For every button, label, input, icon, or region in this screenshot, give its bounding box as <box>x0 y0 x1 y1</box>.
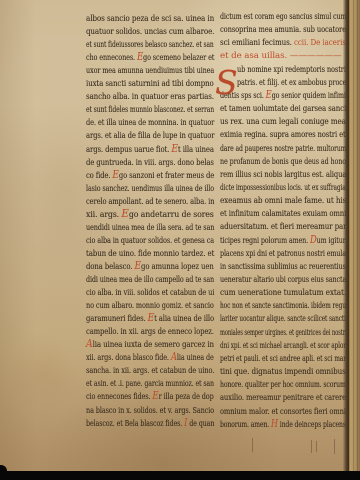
manuscript-text-line: et infinitum calamitates exuiam omni <box>220 208 346 218</box>
manuscript-text-line: ticipes regni polorum amen. Dum igitur <box>220 235 346 245</box>
manuscript-text-line: campello. in xii. args de enneco lopez. <box>86 326 214 336</box>
manuscript-text-line: didi uinea mea de illo campello ad te sa… <box>86 274 214 284</box>
ink-text: dictum est coram ego sancius simul cum <box>220 11 346 21</box>
manuscript-text-line: ueneratur altario ubi corpus eius sancta <box>220 274 346 284</box>
ink-text: dicte impossessionibus locis. ut ex suff… <box>220 182 346 192</box>
ink-text: et sunt fideles munnio blasconez. et ser… <box>86 104 214 114</box>
ink-text: exeamus ab omni male fame. ut his <box>220 195 346 205</box>
ink-text: go sanzoni et frater meus de <box>119 170 214 180</box>
manuscript-photo: albos sancio peza de sci sa. uinea inqua… <box>0 0 360 480</box>
manuscript-text-line: dictum est coram ego sancius simul cum <box>220 11 346 21</box>
manuscript-text-line: garamuneri fides. Et alia uinea de illo <box>86 313 214 323</box>
ink-text: dni xpi. et sci michael arcangli. et sco… <box>220 340 346 350</box>
ink-text: um igitur <box>317 235 346 245</box>
manuscript-text-line: in sanctissima sublimius ac reuerentius <box>220 261 346 271</box>
rubric-text: E <box>121 207 128 220</box>
ink-text: cio alba. in viii. solidos et catabun de… <box>86 287 214 297</box>
ink-text: args. dempus uarue fiot. <box>86 144 171 154</box>
manuscript-text-line: args. dempus uarue fiot. Et illa uinea <box>86 144 214 154</box>
ink-text: honore. qualiter per hoc omnium. scorum <box>220 379 346 389</box>
manuscript-text-line: sancha. in xii. args. et catabun de uino… <box>86 365 214 375</box>
manuscript-text-line: petri et pauli. et sci andree apli. et s… <box>220 353 346 363</box>
ink-text: et infinitum calamitates exuiam omni <box>220 208 346 218</box>
ink-text: auxilio. mereamur penitrare et carere <box>220 392 346 402</box>
ink-text: albos sancio peza de sci sa. uinea in <box>86 13 214 23</box>
manuscript-text-line: exeamus ab omni male fame. ut his <box>220 195 346 205</box>
ink-text: xii. args. dona blasco fide. <box>86 352 171 362</box>
ink-text: ne profanum de bonis que deus ad hono <box>220 156 346 166</box>
manuscript-text-line: hoc non et sancte sanctimonia. ibidem re… <box>220 300 346 310</box>
ink-text: iuxta sancti saturnini ad tibi dompno <box>86 78 214 88</box>
manuscript-text-line: no cum albaro. monnio gomiz. et sancio <box>86 300 214 310</box>
ink-text: tini que. dignatus impendi omnibus <box>220 366 346 376</box>
manuscript-text-line: de. et illa uinea de monnina. in quatuor <box>86 117 214 127</box>
manuscript-text-line: belascoz. et Bela blascoz fides. I de qu… <box>86 418 214 428</box>
manuscript-text-line: tini que. dignatus impendi omnibus <box>220 366 346 376</box>
ink-text: et sunt fideiussores belasco sanchez. et… <box>86 39 214 49</box>
ink-text: campello. in xii. args de enneco lopez. <box>86 326 214 336</box>
manuscript-text-line: dare ad pauperes nostre patrie. multorum <box>220 143 346 153</box>
ink-text: belascoz. et Bela blascoz fides. <box>86 418 184 428</box>
ink-text: go scemeno belazer et <box>143 52 214 62</box>
ink-text: de. et illa uinea de monnina. in quatuor <box>86 117 214 127</box>
manuscript-text-line: cio alba in quatuor solidos. et genesa c… <box>86 235 214 245</box>
manuscript-text-line: bonorum. amen. H inde deinceps placens <box>220 419 346 429</box>
ink-text: de quan <box>187 418 214 428</box>
manuscript-right-column: dictum est coram ego sancius simul cumco… <box>220 0 346 440</box>
manuscript-text-line: us rex. una cum legali coniuge mea <box>220 116 346 126</box>
ink-text: bonorum. amen. <box>220 419 271 429</box>
manuscript-text-line: tabun de uino. fide monnio tardez. et <box>86 248 214 258</box>
manuscript-text-line: xii. args. Ego andetarru de sores <box>86 209 214 219</box>
ink-text: go andetarru de sores <box>129 209 214 219</box>
ink-text: garamuneri fides. <box>86 313 148 323</box>
ink-text: eximia regina. supra amores nostri et <box>220 129 346 139</box>
manuscript-text-line: iuxta sancti saturnini ad tibi dompno <box>86 78 214 88</box>
manuscript-left-column: albos sancio peza de sci sa. uinea inqua… <box>86 0 214 440</box>
ink-text: xii. args. <box>86 209 121 219</box>
ink-text: na blasco in x. solidos. et v. args. San… <box>86 405 214 415</box>
ink-text: lariter uocantur alique. sancte scilicet… <box>220 313 346 323</box>
ink-text: go amunna lopez uen <box>141 261 214 271</box>
manuscript-text-line: cerelo ampollant. ad te senero. alba. in <box>86 196 214 206</box>
ink-text: us rex. una cum legali coniuge mea <box>220 116 346 126</box>
ink-text: cerelo ampollant. ad te senero. alba. in <box>86 196 214 206</box>
manuscript-text-line: uxor mea amunna uendiuimus tibi uinea <box>86 65 214 75</box>
ink-text: cio alba in quatuor solidos. et genesa c… <box>86 235 214 245</box>
next-page-edge <box>349 0 360 472</box>
ink-text: sci emiliani fecimus. <box>220 37 294 47</box>
manuscript-text-line: eximia regina. supra amores nostri et <box>220 129 346 139</box>
illuminated-initial-s: S <box>215 68 238 98</box>
manuscript-text-line: cio alba. in viii. solidos et catabun de… <box>86 287 214 297</box>
ink-text: lia uinea de <box>177 352 214 362</box>
ink-text: go senior quidem infimi <box>272 90 346 100</box>
ink-text: t illa uinea <box>178 144 214 154</box>
ink-text: cum ueneratione tumulatum extat. <box>220 287 346 297</box>
manuscript-text-line: args. et alia de filia de lupe in quatuo… <box>86 130 214 140</box>
ink-text: hoc non et sancte sanctimonia. ibidem re… <box>220 300 346 310</box>
manuscript-text-line: xii. args. dona blasco fide. Alia uinea … <box>86 352 214 362</box>
ink-text: ueneratur altario ubi corpus eius sancta <box>220 274 346 284</box>
manuscript-text-line: dni xpi. et sci michael arcangli. et sco… <box>220 340 346 350</box>
ink-text: inde deinceps placens <box>278 419 346 429</box>
ink-text: dare ad pauperes nostre patrie. multorum <box>220 143 346 153</box>
manuscript-text-line: quatuor solidos. uncias cum albaroe. <box>86 26 214 36</box>
ink-text: lia uinea iuxta de semero garcez in <box>93 339 214 349</box>
manuscript-text-line: albos sancio peza de sci sa. uinea in <box>86 13 214 23</box>
manuscript-text-line: et sunt fideiussores belasco sanchez. et… <box>86 39 214 49</box>
ink-text: t alia uinea de illo <box>154 313 214 323</box>
ink-text: omnium malor. et consortes fieri omni <box>220 406 346 416</box>
manuscript-text-line: omnium malor. et consortes fieri omni <box>220 406 346 416</box>
ink-text: aduersitatum. et fieri mereamur par <box>220 221 346 231</box>
manuscript-text-line: et tamen uolumtate dei garsea sanci <box>220 103 346 113</box>
ink-text: sancha. in xii. args. et catabun de uino… <box>86 365 214 375</box>
manuscript-text-line: consoprina mea amunia. sub uocatore <box>220 24 346 34</box>
manuscript-text-line: cio ennecones fides. Er illa peza de dop <box>86 391 214 401</box>
manuscript-text-line: auxilio. mereamur penitrare et carere <box>220 392 346 402</box>
manuscript-text-line: et asin. et .i. pane. garcia munnioz. et… <box>86 378 214 388</box>
manuscript-text-line: ne profanum de bonis que deus ad hono <box>220 156 346 166</box>
ink-text: tabun de uino. fide monnio tardez. et <box>86 248 214 258</box>
manuscript-text-line: cho ennecones. Ego scemeno belazer et <box>86 52 214 62</box>
manuscript-text-line: cum ueneratione tumulatum extat. <box>220 287 346 297</box>
ink-text: cho ennecones. <box>86 52 137 62</box>
ink-text: de guntrueda. in viii. args. dono belas <box>86 157 214 167</box>
rubric-text: ccii. De iaceris <box>294 37 346 47</box>
manuscript-text-line: dona belasco. Ego amunna lopez uen <box>86 261 214 271</box>
ink-text: ticipes regni polorum amen. <box>220 235 310 245</box>
manuscript-text-line: et sunt fideles munnio blasconez. et ser… <box>86 104 214 114</box>
photo-black-border <box>0 471 360 480</box>
manuscript-text-line: lasio sanchez. uendimus illa uinea de il… <box>86 183 214 193</box>
ink-text: ub nomine xpi redemptoris nostri <box>237 64 346 74</box>
ink-text: patris. et filij. et ex ambobus proce <box>237 77 346 87</box>
rubric-text: et de asa uillas. —————— <box>220 50 341 60</box>
ink-text: quatuor solidos. uncias cum albaroe. <box>86 26 214 36</box>
ink-text: moniales semper uirgines. et genitrices … <box>220 327 347 337</box>
ink-text: et tamen uolumtate dei garsea sanci <box>220 103 346 113</box>
ink-text: r illa peza de dop <box>159 391 214 401</box>
ink-text: petri et pauli. et sci andree apli. et s… <box>220 353 346 363</box>
ink-text: args. et alia de filia de lupe in quatuo… <box>86 130 214 140</box>
manuscript-text-line: uendidi uinea mea de illa sera. ad te sa… <box>86 222 214 232</box>
ink-text: sancho alba. in quatuor eras partias. <box>86 91 214 101</box>
ink-text: rem illius sci nobis largitus est. aliqu… <box>220 169 346 179</box>
manuscript-text-line: aduersitatum. et fieri mereamur par <box>220 221 346 231</box>
ink-text: didi uinea mea de illo campello ad te sa… <box>86 274 214 284</box>
manuscript-text-line: Alia uinea iuxta de semero garcez in <box>86 339 214 349</box>
manuscript-text-line: co fide. Ego sanzoni et frater meus de <box>86 170 214 180</box>
ink-text: dona belasco. <box>86 261 134 271</box>
ink-text: consoprina mea amunia. sub uocatore <box>220 24 346 34</box>
manuscript-text-line: na blasco in x. solidos. et v. args. San… <box>86 405 214 415</box>
ink-text: in sanctissima sublimius ac reuerentius <box>220 261 346 271</box>
ink-text: uendidi uinea mea de illa sera. ad te sa… <box>86 222 214 232</box>
manuscript-text-line: honore. qualiter per hoc omnium. scorum <box>220 379 346 389</box>
ink-text: placens xpi dni et patronus nostri emula <box>220 248 346 258</box>
manuscript-text-line: patris. et filij. et ex ambobus proce <box>237 77 346 87</box>
manuscript-text-line: dicte impossessionibus locis. ut ex suff… <box>220 182 346 192</box>
ink-text: et asin. et .i. pane. garcia munnioz. et… <box>86 378 214 388</box>
ink-text: lasio sanchez. uendimus illa uinea de il… <box>86 183 214 193</box>
ink-text: cio ennecones fides. <box>86 391 152 401</box>
manuscript-text-line: rem illius sci nobis largitus est. aliqu… <box>220 169 346 179</box>
manuscript-text-line: placens xpi dni et patronus nostri emula <box>220 248 346 258</box>
manuscript-text-line: lariter uocantur alique. sancte scilicet… <box>220 313 346 323</box>
ink-text: no cum albaro. monnio gomiz. et sancio <box>86 300 214 310</box>
manuscript-text-line: dentis sps sci. Ego senior quidem infimi <box>220 90 346 100</box>
manuscript-text-line: de guntrueda. in viii. args. dono belas <box>86 157 214 167</box>
manuscript-text-line: moniales semper uirgines. et genitrices … <box>220 327 347 337</box>
manuscript-text-line: sci emiliani fecimus. ccii. De iaceris <box>220 37 346 47</box>
ink-text: uxor mea amunna uendiuimus tibi uinea <box>86 65 214 75</box>
manuscript-text-line: et de asa uillas. —————— <box>220 50 341 60</box>
manuscript-text-line: ub nomine xpi redemptoris nostri <box>237 64 346 74</box>
ink-text: co fide. <box>86 170 112 180</box>
manuscript-text-line: sancho alba. in quatuor eras partias. <box>86 91 214 101</box>
